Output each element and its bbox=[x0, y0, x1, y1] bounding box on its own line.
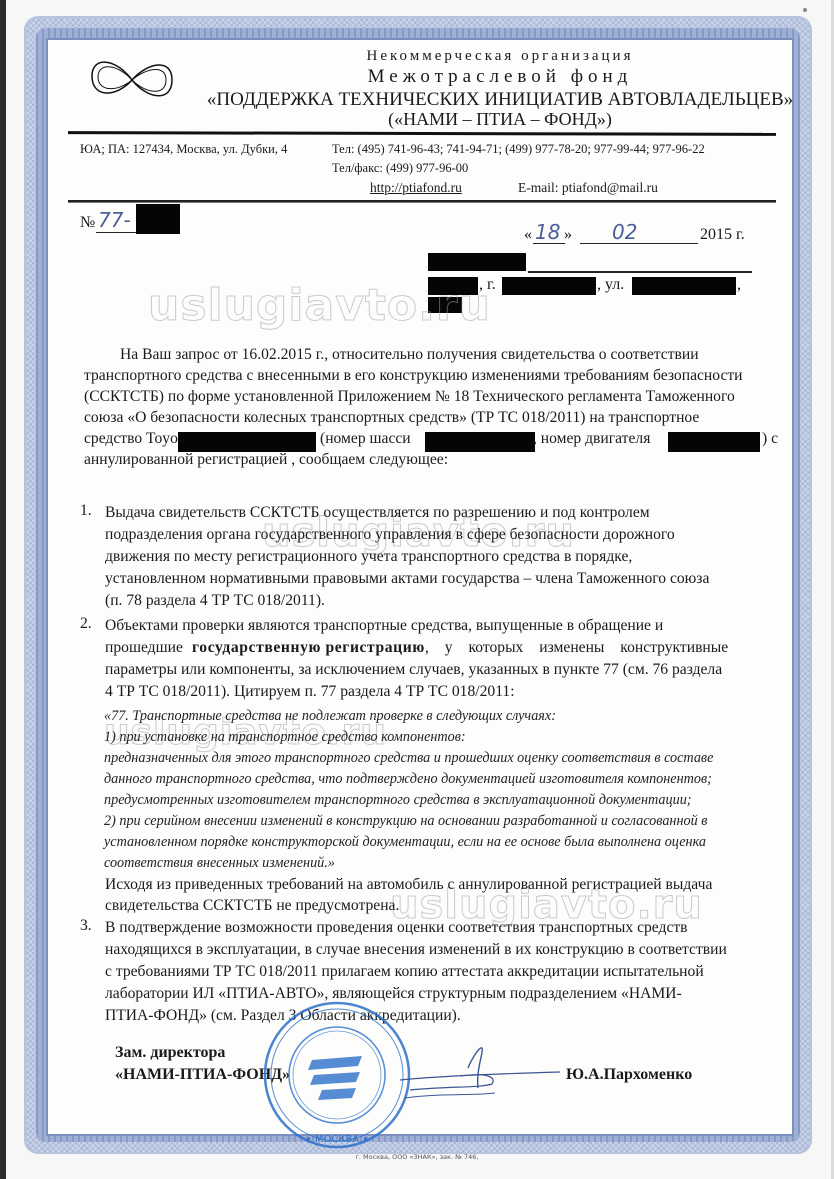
item-2-line: Объектами проверки являются транспортные… bbox=[105, 615, 782, 636]
intro-line-4: союза «О безопасности колесных транспорт… bbox=[84, 408, 782, 429]
org-email: E-mail: ptiafond@mail.ru bbox=[518, 180, 658, 196]
item-3-line: В подтверждение возможности проведения о… bbox=[105, 917, 782, 938]
item-2-line: 4 ТР ТС 018/2011). Цитируем п. 77 раздел… bbox=[105, 681, 515, 702]
signatory-name: Ю.А.Пархоменко bbox=[566, 1066, 692, 1084]
date-month-handwritten: 02 bbox=[612, 220, 637, 244]
quote-line: предназначенных для этого транспортного … bbox=[104, 748, 782, 769]
intro-line-3: (ССКТСТБ) по форме установленной Приложе… bbox=[84, 387, 782, 408]
item-1-line: подразделения органа государственного уп… bbox=[105, 524, 782, 545]
item-2-line-suffix: , у которых изменены конструктивные bbox=[425, 637, 728, 658]
redaction-chassis-number bbox=[425, 432, 535, 452]
intro-line-2: транспортного средства с внесенными в ег… bbox=[84, 366, 782, 387]
date-day-underline bbox=[533, 243, 565, 244]
intro-line-1: На Ваш запрос от 16.02.2015 г., относите… bbox=[120, 345, 782, 366]
org-name: «ПОДДЕРЖКА ТЕХНИЧЕСКИХ ИНИЦИАТИВ АВТОВЛА… bbox=[200, 89, 800, 111]
watermark: uslugiavto.ru bbox=[148, 280, 491, 331]
redaction-number bbox=[136, 204, 180, 234]
scan-edge-left bbox=[0, 0, 6, 1179]
addressee-street-label: , ул. bbox=[597, 276, 624, 294]
handwritten-number: 77- bbox=[98, 208, 131, 232]
item-3-number: 3. bbox=[80, 917, 92, 935]
date-open-quote: « bbox=[524, 226, 532, 244]
item-2-bold-text: государственную регистрацию bbox=[192, 637, 425, 658]
item-2-line: параметры или компоненты, за исключением… bbox=[105, 659, 782, 680]
item-1-line: Выдача свидетельств ССКТСТБ осуществляет… bbox=[105, 502, 782, 523]
addressee-underline bbox=[528, 271, 752, 273]
org-fax: Тел/факс: (499) 977-96-00 bbox=[332, 161, 468, 176]
contacts-divider bbox=[68, 200, 776, 203]
item-1-line: установленном нормативными правовыми акт… bbox=[105, 568, 782, 589]
quote-line: соответствия внесенных изменений.» bbox=[104, 853, 782, 874]
addressee-comma: , bbox=[737, 276, 741, 294]
item-3-line: с требованиями ТР ТС 018/2011 прилагаем … bbox=[105, 961, 782, 982]
quote-line: 2) при серийном внесении изменений в кон… bbox=[104, 811, 782, 832]
item-2-conclusion: Исходя из приведенных требований на авто… bbox=[105, 874, 782, 895]
quote-line: «77. Транспортные средства не подлежат п… bbox=[104, 706, 782, 727]
date-day-handwritten: 18 bbox=[535, 220, 560, 244]
number-label: № bbox=[80, 214, 95, 232]
redaction-vehicle-model bbox=[178, 432, 316, 452]
org-website-link[interactable]: http://ptiafond.ru bbox=[370, 180, 462, 196]
item-3-line: находящихся в эксплуатации, в случае вне… bbox=[105, 939, 782, 960]
handwritten-signature-icon bbox=[400, 1038, 560, 1108]
intro-engine-label: , номер двигателя bbox=[533, 429, 650, 450]
intro-chassis-label: (номер шасси bbox=[320, 429, 411, 450]
intro-close: ) с bbox=[762, 429, 778, 450]
stamp-city: • МОСКВА • bbox=[306, 1134, 368, 1145]
org-kind: Межотраслевой фонд bbox=[200, 66, 800, 88]
quote-line: установленном порядке конструкторской до… bbox=[104, 832, 782, 853]
org-address: ЮА; ПА: 127434, Москва, ул. Дубки, 4 bbox=[80, 142, 287, 157]
date-month-underline bbox=[580, 243, 698, 244]
quote-line: 1) при установке на транспортное средств… bbox=[104, 727, 782, 748]
date-year: 2015 г. bbox=[700, 226, 745, 244]
quote-line: предусмотренных изготовителем транспортн… bbox=[104, 790, 782, 811]
item-2-conclusion: свидетельства ССКТСТБ не предусмотрена. bbox=[105, 895, 399, 916]
quote-line: данного транспортного средства, что подт… bbox=[104, 769, 782, 790]
item-2-number: 2. bbox=[80, 615, 92, 633]
signatory-position: Зам. директора bbox=[115, 1044, 225, 1062]
item-2-line-prefix: прошедшие bbox=[105, 637, 183, 658]
redaction-city bbox=[502, 277, 596, 295]
item-1-line: движения по месту регистрационного учета… bbox=[105, 546, 782, 567]
intro-last-line: аннулированной регистрацией , сообщаем с… bbox=[84, 450, 448, 471]
item-3-line: лаборатории ИЛ «ПТИА-АВТО», являющейся с… bbox=[105, 983, 782, 1004]
item-1-line: (п. 78 раздела 4 ТР ТС 018/2011). bbox=[105, 590, 325, 611]
org-type: Некоммерческая организация bbox=[200, 48, 800, 65]
infinity-ribbon-icon bbox=[86, 50, 178, 110]
printer-imprint: г. Москва, ООО «ЗНАК», зак. № 746, bbox=[0, 1153, 834, 1161]
item-1-number: 1. bbox=[80, 502, 92, 520]
date-close-quote: » bbox=[564, 226, 572, 244]
intro-vehicle-label: средство Toyota bbox=[84, 429, 189, 450]
org-short-name: («НАМИ – ПТИА – ФОНД») bbox=[200, 109, 800, 130]
redaction-street bbox=[632, 277, 736, 295]
redaction-addressee-name bbox=[428, 253, 526, 271]
redaction-engine-number bbox=[668, 432, 760, 452]
scan-speck bbox=[803, 8, 807, 12]
official-stamp-icon: • МОСКВА • bbox=[262, 1000, 412, 1150]
org-phones: Тел: (495) 741-96-43; 741-94-71; (499) 9… bbox=[332, 142, 705, 157]
